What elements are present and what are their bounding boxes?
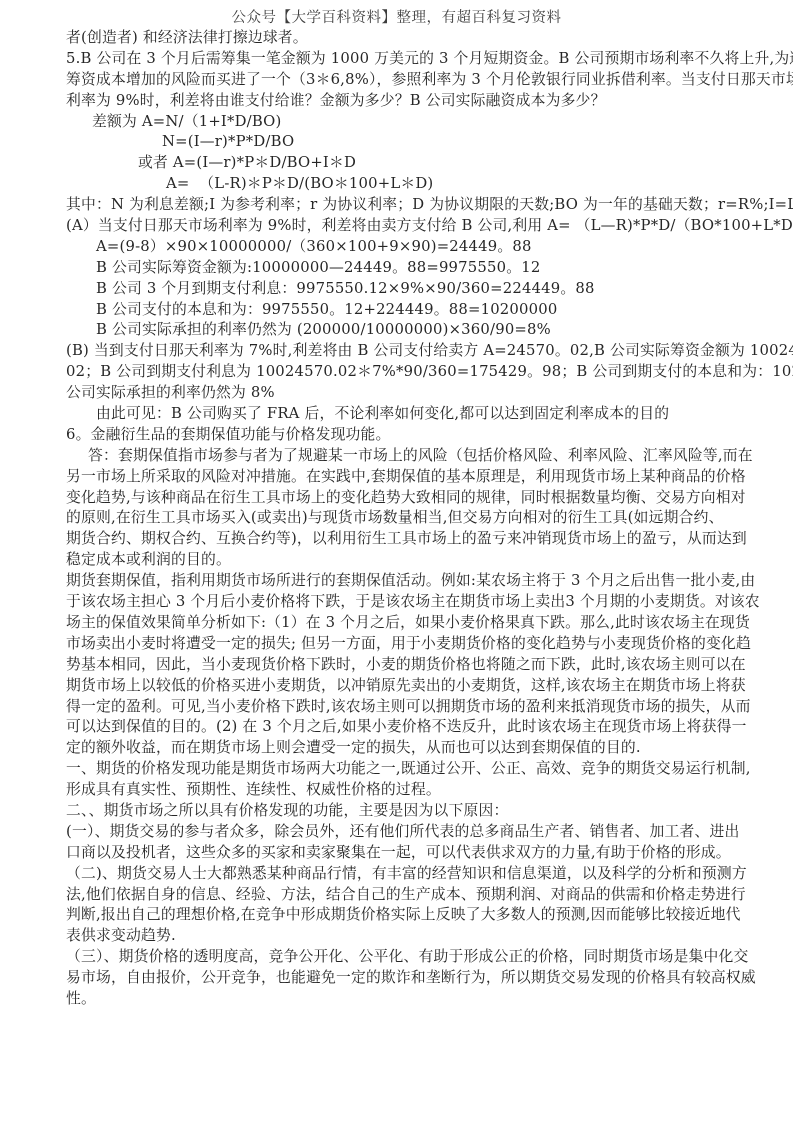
text-line: 可以达到保值的目的。(2) 在 3 个月之后,如果小麦价格不迭反升，此时该农场主…: [66, 717, 773, 738]
text-line: 5.B 公司在 3 个月后需筹集一笔金额为 1000 万美元的 3 个月短期资金…: [66, 49, 773, 70]
text-line: 期货市场上以较低的价格买进小麦期货，以冲销原先卖出的小麦期货，这样,该农场主在期…: [66, 676, 773, 697]
text-line: 者(创造者) 和经济法律打擦边球者。: [66, 28, 773, 49]
text-line: （二)、期货交易人士大都熟悉某种商品行情，有丰富的经营知识和信息渠道，以及科学的…: [66, 864, 773, 885]
text-line: 场主的保值效果简单分析如下:（1）在 3 个月之后，如果小麦价格果真下跌。那么,…: [66, 613, 773, 634]
text-line: B 公司支付的本息和为：9975550。12+224449。88=1020000…: [66, 300, 773, 321]
text-line: 期货合约、期权合约、互换合约等)，以利用衍生工具市场上的盈亏来冲销现货市场上的盈…: [66, 529, 773, 550]
text-line: 得一定的盈利。可见,当小麦价格下跌时,该农场主则可以拥期货市场的盈利来抵消现货市…: [66, 697, 773, 718]
text-line: 变化趋势,与该种商品在衍生工具市场上的变化趋势大致相同的规律，同时根据数量均衡、…: [66, 488, 773, 509]
text-line: A=(9-8）×90×10000000/（360×100+9×90)=24449…: [66, 237, 773, 258]
text-line: 形成具有真实性、预期性、连续性、权威性价格的过程。: [66, 780, 773, 801]
text-line: B 公司实际筹资金额为:10000000—24449。88=9975550。12: [66, 258, 773, 279]
document-body: 者(创造者) 和经济法律打擦边球者。5.B 公司在 3 个月后需筹集一笔金额为 …: [66, 28, 773, 1010]
text-line: 期货套期保值，指利用期货市场所进行的套期保值活动。例如:某农场主将于 3 个月之…: [66, 571, 773, 592]
text-line: 由此可见：B 公司购买了 FRA 后，不论利率如何变化,都可以达到固定利率成本的…: [66, 404, 773, 425]
text-line: 于该农场主担心 3 个月后小麦价格将下跌，于是该农场主在期货市场上卖出3 个月期…: [66, 592, 773, 613]
text-line: 的原则,在衍生工具市场买入(或卖出)与现货市场数量相当,但交易方向相对的衍生工具…: [66, 508, 773, 529]
page-header: 公众号【大学百科资料】整理，有超百科复习资料: [0, 6, 793, 27]
text-line: （三）、期货价格的透明度高，竞争公开化、公平化、有助于形成公正的价格，同时期货市…: [66, 947, 773, 968]
text-line: 筹资成本增加的风险而买进了一个（3＊6,8%），参照利率为 3 个月伦敦银行同业…: [66, 70, 773, 91]
text-line: 利率为 9%时，利差将由谁支付给谁？金额为多少？B 公司实际融资成本为多少？: [66, 91, 773, 112]
text-line: (B) 当到支付日那天利率为 7%时,利差将由 B 公司支付给卖方 A=2457…: [66, 341, 773, 362]
text-line: 另一市场上所采取的风险对冲措施。在实践中,套期保值的基本原理是，利用现货市场上某…: [66, 467, 773, 488]
text-line: 定的额外收益，而在期货市场上则会遭受一定的损失，从而也可以达到套期保值的目的.: [66, 738, 773, 759]
text-line: 性。: [66, 989, 773, 1010]
document-page: 公众号【大学百科资料】整理，有超百科复习资料 者(创造者) 和经济法律打擦边球者…: [0, 0, 793, 1122]
text-line: (一）、期货交易的参与者众多，除会员外，还有他们所代表的总多商品生产者、销售者、…: [66, 822, 773, 843]
text-line: 6。金融衍生品的套期保值功能与价格发现功能。: [66, 425, 773, 446]
text-line: 一、期货的价格发现功能是期货市场两大功能之一,既通过公开、公正、高效、竞争的期货…: [66, 759, 773, 780]
text-line: B 公司实际承担的利率仍然为 (200000/10000000)×360/90=…: [66, 320, 773, 341]
text-line: (A）当支付日那天市场利率为 9%时，利差将由卖方支付给 B 公司,利用 A= …: [66, 216, 773, 237]
text-line: 市场卖出小麦时将遭受一定的损失; 但另一方面，用于小麦期货价格的变化趋势与小麦现…: [66, 634, 773, 655]
text-line: 稳定成本或利润的目的。: [66, 550, 773, 571]
text-line: 其中：N 为利息差额;I 为参考利率；r 为协议利率；D 为协议期限的天数;BO…: [66, 195, 773, 216]
text-line: 判断,报出自己的理想价格,在竞争中形成期货价格实际上反映了大多数人的预测,因而能…: [66, 905, 773, 926]
text-line: 法,他们依据自身的信息、经验、方法，结合自己的生产成本、预期利润、对商品的供需和…: [66, 885, 773, 906]
text-line: 表供求变动趋势.: [66, 926, 773, 947]
text-line: 差额为 A=N/（1+I*D/BO): [66, 112, 773, 133]
text-line: 二、、期货市场之所以具有价格发现的功能，主要是因为以下原因：: [66, 801, 773, 822]
text-line: B 公司 3 个月到期支付利息：9975550.12×9%×90/360=224…: [66, 279, 773, 300]
text-line: 或者 A=(I—r)*P＊D/BO+I＊D: [66, 153, 773, 174]
text-line: A= （L-R)＊P＊D/(BO＊100+L＊D): [66, 174, 773, 195]
text-line: 口商以及投机者，这些众多的买家和卖家聚集在一起，可以代表供求双方的力量,有助于价…: [66, 843, 773, 864]
text-line: 势基本相同，因此，当小麦现货价格下跌时，小麦的期货价格也将随之而下跌，此时,该农…: [66, 655, 773, 676]
text-line: 公司实际承担的利率仍然为 8%: [66, 383, 773, 404]
text-line: 答：套期保值指市场参与者为了规避某一市场上的风险（包括价格风险、利率风险、汇率风…: [66, 446, 773, 467]
text-line: 02；B 公司到期支付利息为 10024570.02＊7%*90/360=175…: [66, 362, 773, 383]
text-line: N=(I—r)*P*D/BO: [66, 132, 773, 153]
text-line: 易市场，自由报价，公开竞争，也能避免一定的欺诈和垄断行为，所以期货交易发现的价格…: [66, 968, 773, 989]
